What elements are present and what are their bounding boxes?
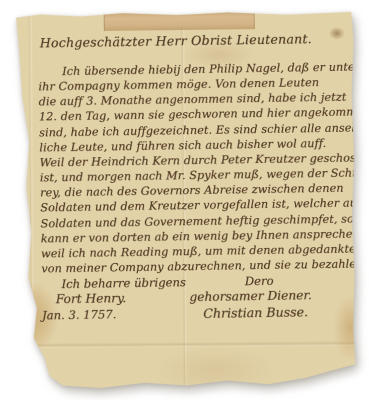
letter-text: Hochgeschätzter Herr Obrist Lieutenant. … <box>38 31 352 324</box>
paper-surface: Hochgeschätzter Herr Obrist Lieutenant. … <box>13 11 358 391</box>
closing-phrase: Ich beharre übrigens <box>41 275 186 292</box>
salutation-line: Hochgeschätzter Herr Obrist Lieutenant. <box>40 31 348 51</box>
date-line: Jan. 3. 1757. <box>42 307 117 324</box>
tape-strip <box>104 11 255 31</box>
signature: Christian Busse. <box>203 303 352 321</box>
fold-crease-left <box>29 13 36 391</box>
closing-dero: Dero <box>245 273 352 290</box>
fold-crease-bottom <box>15 341 357 348</box>
place-line: Fort Henry. <box>42 291 127 308</box>
letter-paper: Hochgeschätzter Herr Obrist Lieutenant. … <box>13 11 358 391</box>
photo-background: Hochgeschätzter Herr Obrist Lieutenant. … <box>0 0 369 400</box>
paper-stain <box>155 347 275 392</box>
